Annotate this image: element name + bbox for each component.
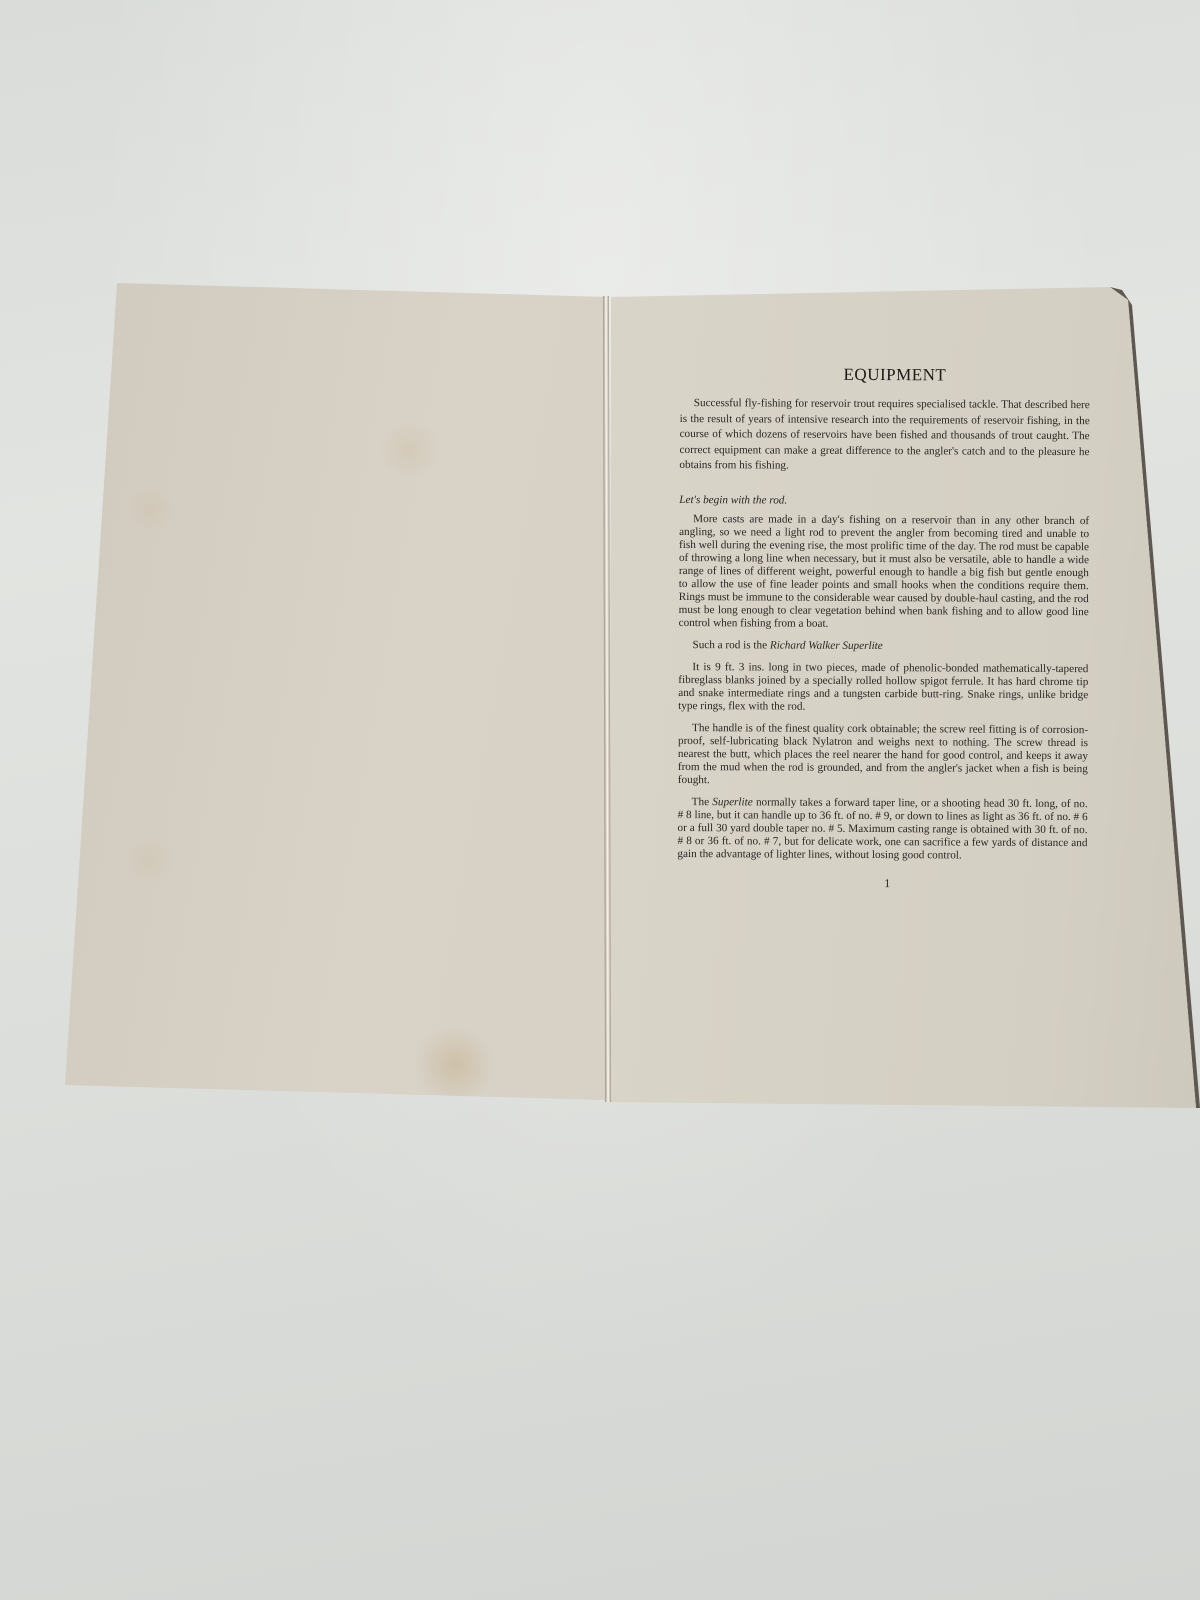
- rod-name: Richard Walker Superlite: [770, 639, 883, 652]
- line-paragraph: The Superlite normally takes a forward t…: [677, 796, 1087, 863]
- handle-paragraph: The handle is of the finest quality cork…: [678, 722, 1088, 789]
- line-prefix: The: [692, 796, 713, 808]
- such-rod-prefix: Such a rod is the: [692, 639, 769, 651]
- page-number: 1: [677, 875, 1087, 892]
- rod-paragraph: More casts are made in a day's fishing o…: [679, 513, 1090, 632]
- such-rod-paragraph: Such a rod is the Richard Walker Superli…: [678, 639, 1088, 654]
- spec-paragraph: It is 9 ft. 3 ins. long in two pieces, m…: [678, 661, 1088, 715]
- line-rod-name: Superlite: [712, 796, 752, 808]
- intro-paragraph: Successful fly-fishing for reservoir tro…: [679, 396, 1089, 476]
- subheading-rod: Let's begin with the rod.: [679, 494, 1089, 508]
- page-title: EQUIPMENT: [680, 364, 1090, 386]
- right-page-text: EQUIPMENT Successful fly-fishing for res…: [677, 360, 1090, 892]
